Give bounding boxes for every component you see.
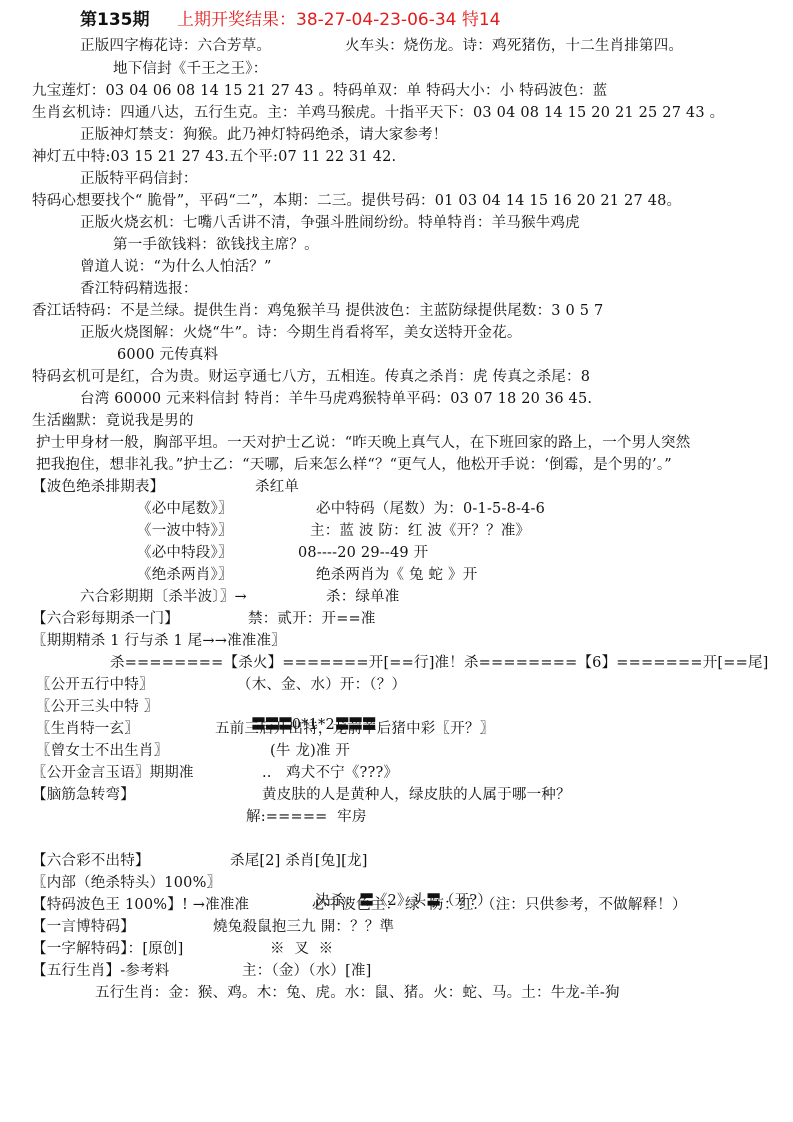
block-glyph: 〓 — [359, 892, 373, 910]
text-line: 〖公开三头中特 〗 — [36, 698, 158, 716]
text-line: 香江话特码：不是兰绿。提供生肖：鸡兔猴羊马 提供波色：主蓝防绿提供尾数：3 0 … — [32, 302, 603, 320]
text-line: 〖公开五行中特〗 — [36, 676, 154, 694]
last-draw-result: 上期开奖结果：38-27-04-23-06-34 特14 — [177, 5, 501, 30]
text-line: 正版火烧图解：火烧“牛”。诗：今期生肖看将军，美女送特开金花。 — [80, 324, 522, 342]
text-line: 主：（金）（水）[准] — [242, 962, 372, 980]
text-line: 禁：贰开：开==准 — [248, 610, 376, 628]
text-line: 正版火烧玄机：七嘴八舌讲不清，争强斗胜闹纷纷。特单特肖：羊马猴牛鸡虎 — [80, 214, 580, 232]
text-line: 杀：绿单准 — [326, 588, 400, 606]
text-line: 【一字解特码】：[原创] — [32, 940, 183, 958]
text-line: 〖公开金言玉语〗期期准 — [32, 764, 194, 782]
text-line: 【六合彩不出特】 — [32, 852, 150, 870]
text-line: 〖生肖特一玄〗 — [36, 720, 139, 738]
text-line: 杀红单 — [255, 478, 299, 496]
text-line: 〖期期精杀 1 行与杀 1 尾→→准准准〗 — [32, 632, 286, 650]
text-line: .. 鸡犬不宁《???》 — [262, 764, 398, 782]
text-line: 08----20 29--49 开 — [298, 544, 428, 562]
text-line: 《必中特段》〗 — [137, 544, 233, 562]
text-line: 正版神灯禁支：狗猴。此乃神灯特码绝杀，请大家参考！ — [80, 126, 448, 144]
block-glyphs: 〓〓〓 — [251, 716, 292, 734]
three-heads-value: 〓〓〓0*1*2〓〓〓 — [232, 698, 375, 752]
text-line: 生活幽默：竟说我是男的 — [32, 412, 194, 430]
text-line: 〖内部（绝杀特头）100%〗 — [32, 874, 221, 892]
text-line: 特码心想要找个“ 脆骨”，平码“二”，本期：二三。提供号码：01 03 04 1… — [32, 192, 681, 210]
text-line: 《一波中特》〗 — [137, 522, 233, 540]
text-line: 第一手欲钱料：欲钱找主席？。 — [113, 236, 319, 254]
text-line: 〖曾女士不出生肖〗 — [36, 742, 168, 760]
text-line: 正版特平码信封： — [80, 170, 198, 188]
text-line: 香江特码精选报： — [80, 280, 198, 298]
text-line: 六合彩期期〔杀半波〕〗→ — [80, 588, 247, 606]
text-line: 《绝杀两肖》〗 — [137, 566, 233, 584]
text-line: 【一言博特码】 — [32, 918, 135, 936]
text-line: 台湾 60000 元来料信封 特肖：羊牛马虎鸡猴特单平码：03 07 18 20… — [80, 390, 592, 408]
text-line: 正版四字梅花诗：六合芳草。 — [80, 37, 271, 55]
text-line: 九宝莲灯：03 04 06 08 14 15 21 27 43 。特码单双：单 … — [32, 82, 607, 100]
text-line: 神灯五中特:03 15 21 27 43.五个平:07 11 22 31 42. — [32, 148, 396, 166]
text-line: 护士甲身材一般，胸部平坦。一天对护士乙说：“昨天晚上真气人，在下班回家的路上，一… — [36, 434, 690, 452]
text-line: 【脑筋急转弯】 — [32, 786, 135, 804]
jue-sha-value: 决杀：〓《2》头〓（开?） — [296, 874, 492, 928]
text-line: 生肖玄机诗：四通八达，五行生克。主：羊鸡马猴虎。十指平天下：03 04 08 1… — [32, 104, 724, 122]
text-line: 主：蓝 波 防：红 波《开？？准》 — [310, 522, 530, 540]
text-line: ※ 叉 ※ — [270, 940, 333, 958]
text-line: 特码玄机可是红，合为贵。财运亨通七八方，五相连。传真之杀肖：虎 传真之杀尾：8 — [32, 368, 590, 386]
text-line: 【波色绝杀排期表】 — [32, 478, 164, 496]
text-line: 【六合彩每期杀一门】 — [32, 610, 179, 628]
text-line: 把我抱住，想非礼我。”护士乙：“天哪，后来怎么样“？“更气人，他松开手说：‘倒霉… — [36, 456, 672, 474]
text-line: 地下信封《千王之王》： — [113, 60, 267, 78]
three-heads-digits: 0*1*2 — [292, 717, 335, 733]
text-line: 绝杀两肖为《 兔 蛇 》开 — [316, 566, 477, 584]
text-line: 五行生肖：金：猴、鸡。木：兔、虎。水：鼠、猪。火：蛇、马。土：牛龙-羊-狗 — [95, 984, 620, 1002]
text-line: 黄皮肤的人是黄种人，绿皮肤的人属于哪一种？ — [262, 786, 571, 804]
block-glyph: 〓 — [426, 892, 440, 910]
text-line: 《必中尾数》〗 — [137, 500, 233, 518]
text-line: 杀========【杀火】=======开[==行]准！杀========【6】… — [110, 654, 769, 672]
text-line: 解:===== 牢房 — [246, 808, 367, 826]
jue-sha-suffix: （开?） — [440, 893, 492, 909]
text-line: 必中特码（尾数）为：0-1-5-8-4-6 — [316, 500, 545, 518]
text-line: 曾道人说：“为什么人怕活？” — [80, 258, 272, 276]
period-number: 第135期 — [80, 5, 150, 30]
text-line: 【五行生肖】-参考料 — [32, 962, 169, 980]
text-line: 【特码波色王 100%】! →准准准 — [32, 896, 249, 914]
text-line: 杀尾[2] 杀肖[兔][龙] — [230, 852, 368, 870]
text-line: （木、金、水）开：（？） — [237, 676, 406, 694]
block-glyphs: 〓〓〓 — [335, 716, 376, 734]
jue-sha-middle: 《2》头 — [373, 893, 427, 909]
jue-sha-label: 决杀： — [315, 893, 359, 909]
text-line: 6000 元传真料 — [117, 346, 218, 364]
text-line: 火车头：烧伤龙。诗：鸡死猪伤，十二生肖排第四。 — [345, 37, 683, 55]
